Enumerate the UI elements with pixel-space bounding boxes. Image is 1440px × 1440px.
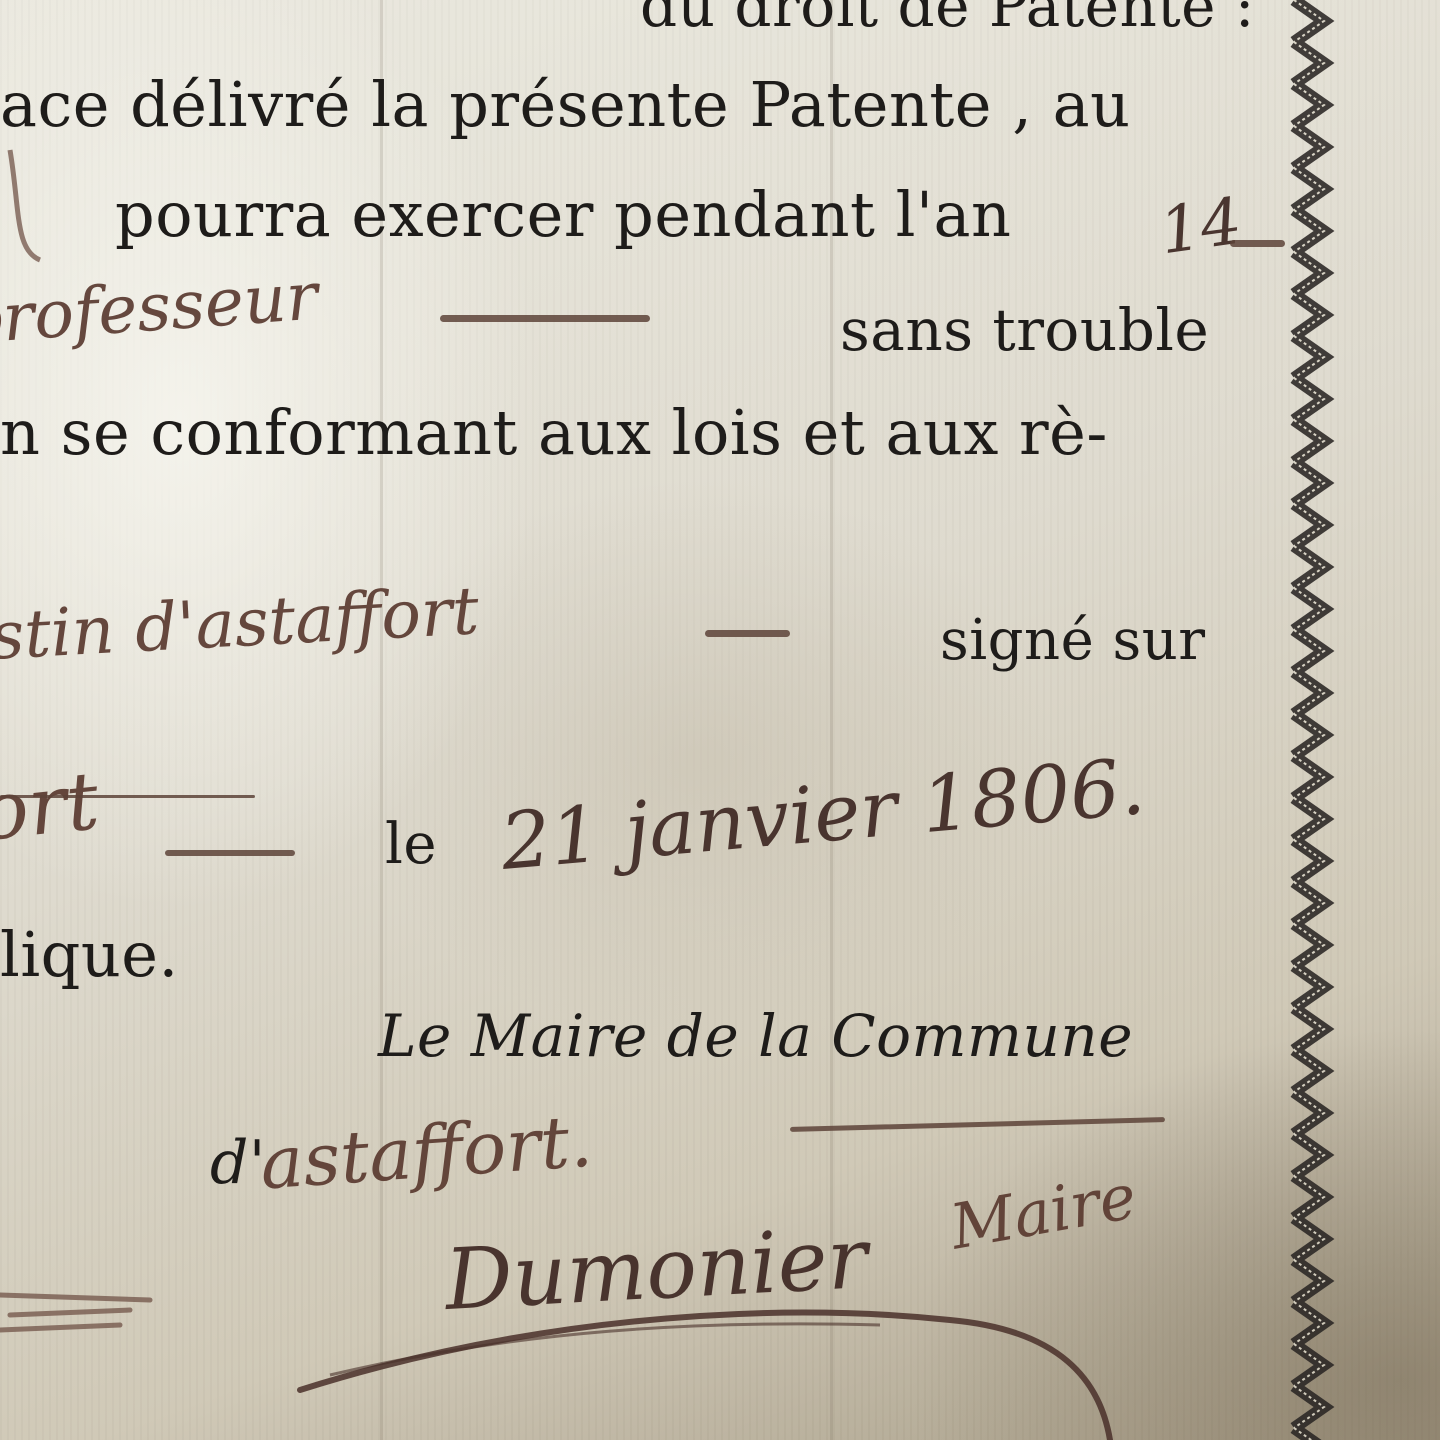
signature-flourish: [0, 0, 1440, 1440]
zigzag-border-icon: [1280, 0, 1340, 1440]
document-page: du droit de Patente : ace délivré la pré…: [0, 0, 1440, 1440]
